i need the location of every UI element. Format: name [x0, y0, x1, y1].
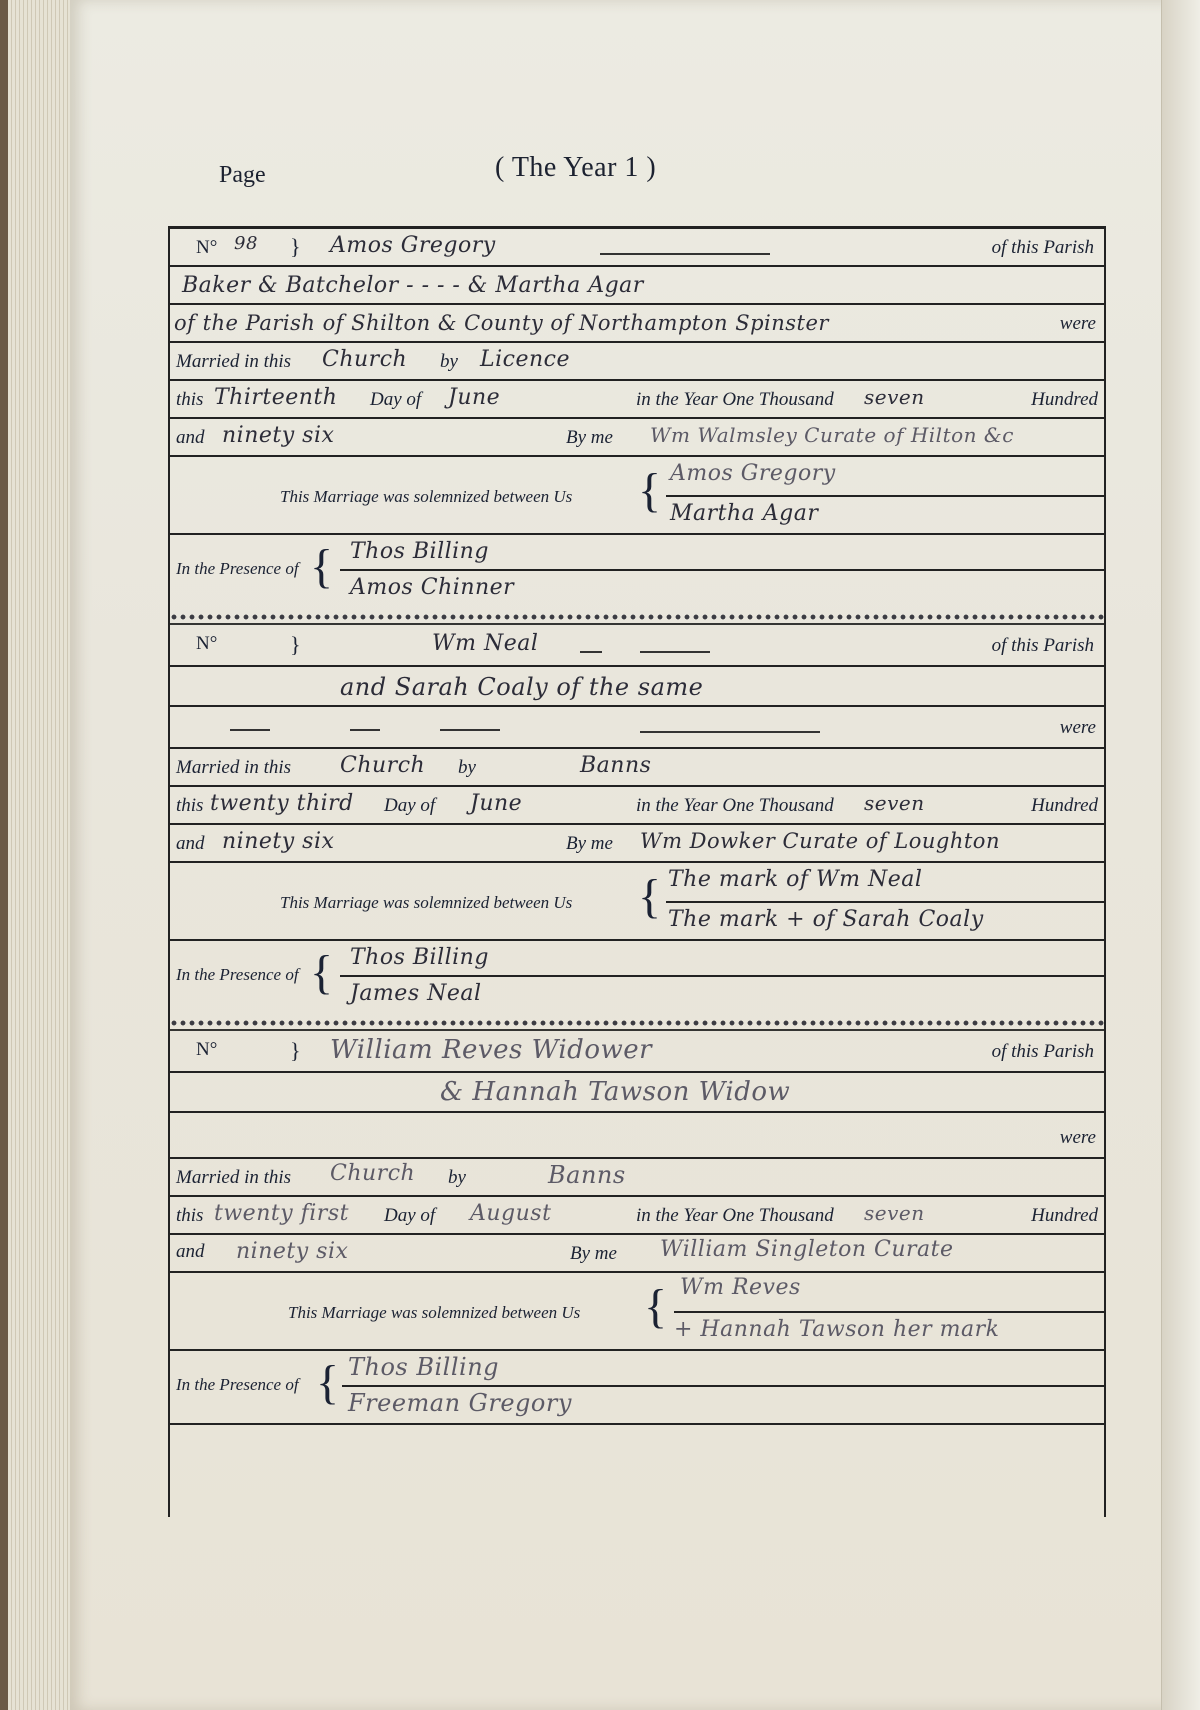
signature-line [666, 495, 1104, 497]
this-label: this [176, 389, 203, 411]
entry-number: 98 [234, 233, 258, 254]
officiant: Wm Dowker Curate of Loughton [640, 829, 1000, 853]
signature-line [340, 569, 1104, 571]
witnesses-row: In the Presence of { Thos Billing Freema… [170, 1351, 1104, 1425]
and-label: and [176, 1241, 205, 1263]
entry-number-row: N° } Wm Neal of this Parish [170, 625, 1104, 667]
date-row: this twenty third Day of June in the Yea… [170, 787, 1104, 825]
and-label: and [176, 427, 205, 449]
by-me-label: By me [566, 427, 613, 449]
brace: { [316, 1359, 339, 1407]
hundred-label: Hundred [1031, 795, 1098, 817]
married-in-row: Married in this Church by Banns [170, 1159, 1104, 1197]
presence-label: In the Presence of [176, 965, 299, 985]
officiant-row: and ninety six By me Wm Walmsley Curate … [170, 419, 1104, 457]
witness-1: Thos Billing [350, 945, 489, 970]
brace: { [644, 1283, 667, 1331]
signature-line [340, 975, 1104, 977]
of-this-parish-label: of this Parish [992, 635, 1094, 657]
year-label: in the Year One Thousand [636, 795, 834, 817]
witness-1: Thos Billing [348, 1353, 499, 1381]
solemnized-label: This Marriage was solemnized between Us [280, 893, 572, 913]
were-label: were [1060, 717, 1096, 739]
witness-2: Amos Chinner [350, 575, 514, 600]
description-row: and Sarah Coaly of the same [170, 667, 1104, 707]
marriage-entry: N° 98 } Amos Gregory of this Parish Bake… [170, 229, 1104, 625]
and-label: and [176, 833, 205, 855]
brace: } [290, 236, 301, 258]
of-this-parish-label: of this Parish [992, 237, 1094, 259]
brace: { [310, 543, 333, 591]
solemnized-label: This Marriage was solemnized between Us [288, 1303, 580, 1323]
number-label: N° [196, 237, 217, 259]
by-me-label: By me [570, 1243, 617, 1265]
this-label: this [176, 1205, 203, 1227]
solemnized-label: This Marriage was solemnized between Us [280, 487, 572, 507]
number-label: N° [196, 1039, 217, 1061]
party-signature-1: The mark of Wm Neal [668, 867, 922, 892]
blank-dash [230, 729, 270, 731]
brace: { [638, 467, 661, 515]
signatures-row: This Marriage was solemnized between Us … [170, 457, 1104, 535]
brace: } [290, 1040, 301, 1062]
hundred-label: Hundred [1031, 1205, 1098, 1227]
witnesses-row: In the Presence of { Thos Billing Amos C… [170, 535, 1104, 611]
brace: { [310, 949, 333, 997]
married-in-label: Married in this [176, 757, 291, 779]
brace: } [290, 634, 301, 656]
century-word: seven [864, 791, 925, 815]
blank-dash [580, 651, 602, 653]
signatures-row: This Marriage was solemnized between Us … [170, 863, 1104, 941]
residence-line: of the Parish of Shilton & County of Nor… [174, 311, 829, 335]
witnesses-row: In the Presence of { Thos Billing James … [170, 941, 1104, 1017]
party-signature-1: Amos Gregory [670, 461, 836, 486]
witness-2: Freeman Gregory [348, 1389, 572, 1417]
marriage-month: August [470, 1201, 551, 1226]
year-tail: ninety six [222, 423, 334, 448]
officiant-row: and ninety six By me William Singleton C… [170, 1235, 1104, 1273]
year-label: in the Year One Thousand [636, 1205, 834, 1227]
marriage-entry: N° } Wm Neal of this Parish and Sarah Co… [170, 625, 1104, 1031]
number-label: N° [196, 633, 217, 655]
party-signature-2: + Hannah Tawson her mark [674, 1317, 999, 1342]
signature-line [342, 1385, 1104, 1387]
married-in-row: Married in this Church by Banns [170, 749, 1104, 787]
ornamental-divider [170, 1017, 1104, 1031]
by-me-label: By me [566, 833, 613, 855]
married-in-label: Married in this [176, 351, 291, 373]
venue: Church [340, 753, 425, 778]
entry-number-row: N° 98 } Amos Gregory of this Parish [170, 229, 1104, 267]
year-label: in the Year One Thousand [636, 389, 834, 411]
brace: { [638, 873, 661, 921]
by-label: by [440, 351, 458, 373]
were-label: were [1060, 1127, 1096, 1149]
marriage-month: June [448, 385, 500, 410]
marriage-method: Banns [580, 753, 651, 778]
facing-page-edge [1161, 0, 1200, 1710]
party-signature-2: Martha Agar [670, 501, 818, 526]
groom-name: Wm Neal [432, 631, 538, 656]
year-tail: ninety six [236, 1239, 348, 1264]
officiant: Wm Walmsley Curate of Hilton &c [650, 423, 1014, 447]
century-word: seven [864, 385, 925, 409]
married-in-row: Married in this Church by Licence [170, 343, 1104, 381]
presence-label: In the Presence of [176, 1375, 299, 1395]
signatures-row: This Marriage was solemnized between Us … [170, 1273, 1104, 1351]
by-label: by [448, 1167, 466, 1189]
marriage-method: Licence [480, 347, 570, 372]
residence-row: of the Parish of Shilton & County of Nor… [170, 305, 1104, 343]
venue: Church [330, 1161, 415, 1186]
marriage-method: Banns [548, 1161, 626, 1189]
blank-dash [350, 729, 380, 731]
marriage-register-table: N° 98 } Amos Gregory of this Parish Bake… [168, 226, 1106, 1517]
entry-number-row: N° } William Reves Widower of this Paris… [170, 1031, 1104, 1073]
description-row: Baker & Batchelor - - - - & Martha Agar [170, 267, 1104, 305]
officiant: William Singleton Curate [660, 1237, 954, 1262]
blank-dash [600, 253, 770, 255]
page-header: Page ( The Year 1 ) [0, 150, 1200, 190]
description-line: Baker & Batchelor - - - - & Martha Agar [182, 273, 644, 298]
witness-2: James Neal [350, 981, 482, 1006]
page-label: Page [219, 162, 266, 189]
year-tail: ninety six [222, 829, 334, 854]
description-line: & Hannah Tawson Widow [440, 1077, 790, 1107]
of-this-parish-label: of this Parish [992, 1041, 1094, 1063]
marriage-entry: N° } William Reves Widower of this Paris… [170, 1031, 1104, 1425]
this-label: this [176, 795, 203, 817]
date-row: this twenty first Day of August in the Y… [170, 1197, 1104, 1235]
description-line: and Sarah Coaly of the same [340, 673, 703, 701]
venue: Church [322, 347, 407, 372]
description-row: & Hannah Tawson Widow [170, 1073, 1104, 1113]
party-signature-1: Wm Reves [680, 1275, 801, 1300]
marriage-day: twenty third [210, 791, 354, 816]
marriage-day: Thirteenth [214, 385, 337, 410]
day-of-label: Day of [370, 389, 421, 411]
marriage-month: June [470, 791, 522, 816]
groom-name: Amos Gregory [330, 233, 496, 258]
married-in-label: Married in this [176, 1167, 291, 1189]
signature-line [666, 901, 1104, 903]
year-heading: ( The Year 1 ) [495, 152, 656, 184]
residence-row: were [170, 1113, 1104, 1159]
presence-label: In the Presence of [176, 559, 299, 579]
century-word: seven [864, 1201, 925, 1225]
hundred-label: Hundred [1031, 389, 1098, 411]
blank-dash [640, 731, 820, 733]
marriage-day: twenty first [214, 1201, 349, 1226]
by-label: by [458, 757, 476, 779]
ornamental-divider [170, 611, 1104, 625]
witness-1: Thos Billing [350, 539, 489, 564]
officiant-row: and ninety six By me Wm Dowker Curate of… [170, 825, 1104, 863]
day-of-label: Day of [384, 795, 435, 817]
signature-line [674, 1311, 1104, 1313]
were-label: were [1060, 313, 1096, 335]
blank-dash [640, 651, 710, 653]
party-signature-2: The mark + of Sarah Coaly [668, 907, 984, 932]
groom-name: William Reves Widower [330, 1035, 652, 1065]
blank-dash [440, 729, 500, 731]
date-row: this Thirteenth Day of June in the Year … [170, 381, 1104, 419]
day-of-label: Day of [384, 1205, 435, 1227]
residence-row: were [170, 707, 1104, 749]
